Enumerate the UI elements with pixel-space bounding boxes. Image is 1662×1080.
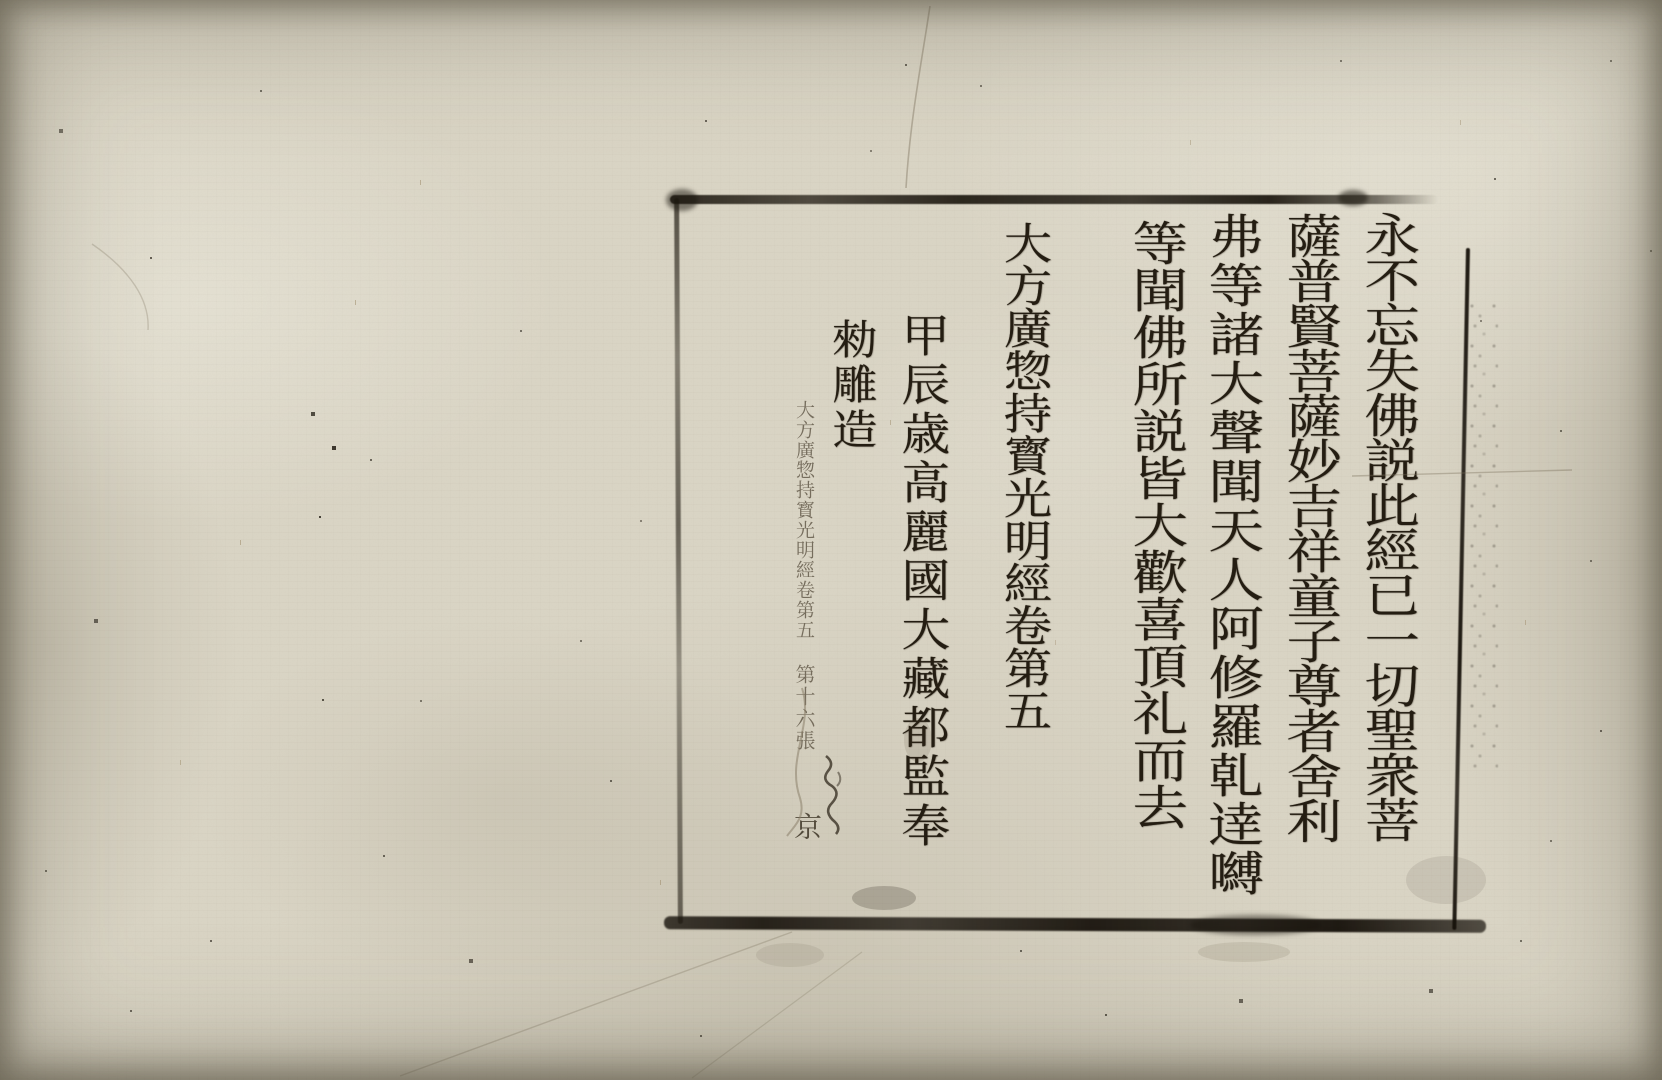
paper-fiber-flecks (0, 0, 1, 5)
margin-sutra-title: 大方廣惣持寳光明經卷第五 (790, 400, 817, 640)
paper-ink-specks (0, 0, 2, 2)
colophon-column-edict: 勑雕造 (819, 318, 884, 453)
frame-corner-smudge (666, 189, 698, 211)
frame-top-border-smudge (1338, 190, 1368, 206)
sutra-text-column-1: 永不忘失佛説此經已一切聖衆菩 (1348, 211, 1427, 841)
margin-sheet-number: 第十六張 (789, 664, 818, 752)
frame-border-ink-spray (1468, 300, 1498, 770)
sutra-end-title-column: 大方廣惣持寳光明經卷第五 (989, 221, 1057, 731)
manuscript-photo: 永不忘失佛説此經已一切聖衆菩 薩普賢菩薩妙吉祥童子尊者舍利 弗等諸大聲聞天人阿修… (0, 0, 1662, 1080)
sutra-text-column-2: 薩普賢菩薩妙吉祥童子尊者舍利 (1270, 212, 1349, 842)
frame-border-right (1452, 248, 1470, 930)
frame-border-left (674, 198, 683, 924)
sutra-text-column-3: 弗等諸大聲聞天人阿修羅乹逹嚩 (1192, 212, 1271, 898)
frame-border-bottom (664, 916, 1486, 933)
frame-bottom-border-smudge (1190, 915, 1322, 935)
margin-case-mark: 京 (785, 812, 825, 840)
frame-border-top (670, 195, 1438, 204)
colophon-column-date-workshop: 甲辰歳高麗國大藏都監奉 (886, 312, 956, 851)
sutra-text-column-4: 等聞佛所説皆大歡喜頂礼而去 (1116, 219, 1195, 830)
